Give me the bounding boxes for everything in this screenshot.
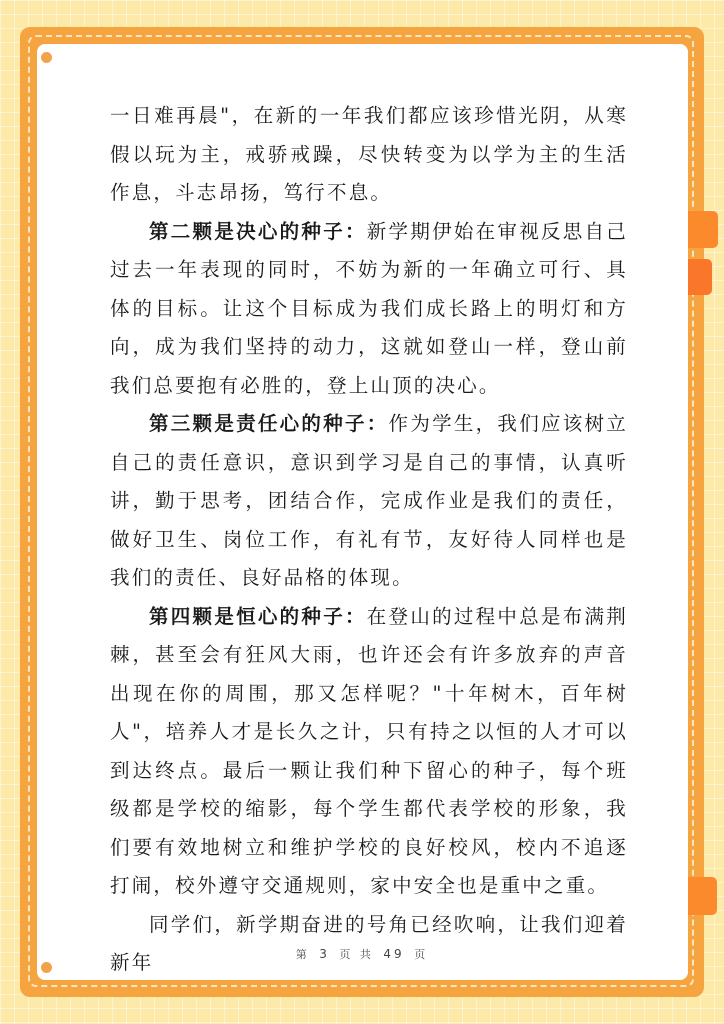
- paragraph-5: 同学们，新学期奋进的号角已经吹响，让我们迎着新年: [110, 906, 628, 983]
- document-body: 一日难再晨"，在新的一年我们都应该珍惜光阴，从寒假以玩为主，戒骄戒躁，尽快转变为…: [110, 97, 628, 983]
- paragraph-heading: 第二颗是决心的种子：: [149, 220, 367, 243]
- footer-prefix: 第: [296, 948, 310, 961]
- side-tab-2: [688, 259, 712, 295]
- side-tab-3: [688, 877, 717, 915]
- corner-dot-bottom: [41, 962, 52, 973]
- paragraph-4: 第四颗是恒心的种子：在登山的过程中总是布满荆棘，甚至会有狂风大雨，也许还会有许多…: [110, 598, 628, 906]
- footer-middle: 页 共: [339, 948, 374, 961]
- paragraph-1: 一日难再晨"，在新的一年我们都应该珍惜光阴，从寒假以玩为主，戒骄戒躁，尽快转变为…: [110, 97, 628, 213]
- paragraph-text: 一日难再晨"，在新的一年我们都应该珍惜光阴，从寒假以玩为主，戒骄戒躁，尽快转变为…: [110, 104, 628, 204]
- paragraph-heading: 第三颗是责任心的种子：: [149, 412, 389, 435]
- paragraph-text: 作为学生，我们应该树立自己的责任意识，意识到学习是自己的事情，认真听讲，勤于思考…: [110, 412, 628, 589]
- footer-suffix: 页: [414, 948, 428, 961]
- side-tab-1: [688, 211, 718, 248]
- page-number-footer: 第 3 页 共 49 页: [0, 946, 724, 962]
- paragraph-3: 第三颗是责任心的种子：作为学生，我们应该树立自己的责任意识，意识到学习是自己的事…: [110, 405, 628, 598]
- paragraph-text: 同学们，新学期奋进的号角已经吹响，让我们迎着新年: [110, 913, 628, 975]
- paragraph-text: 新学期伊始在审视反思自己过去一年表现的同时，不妨为新的一年确立可行、具体的目标。…: [110, 220, 628, 397]
- paragraph-2: 第二颗是决心的种子：新学期伊始在审视反思自己过去一年表现的同时，不妨为新的一年确…: [110, 213, 628, 406]
- paragraph-heading: 第四颗是恒心的种子：: [149, 605, 367, 628]
- corner-dot-top: [41, 52, 52, 63]
- total-page-count: 49: [383, 947, 404, 961]
- current-page-number: 3: [319, 947, 330, 961]
- paragraph-text: 在登山的过程中总是布满荆棘，甚至会有狂风大雨，也许还会有许多放弃的声音出现在你的…: [110, 605, 628, 898]
